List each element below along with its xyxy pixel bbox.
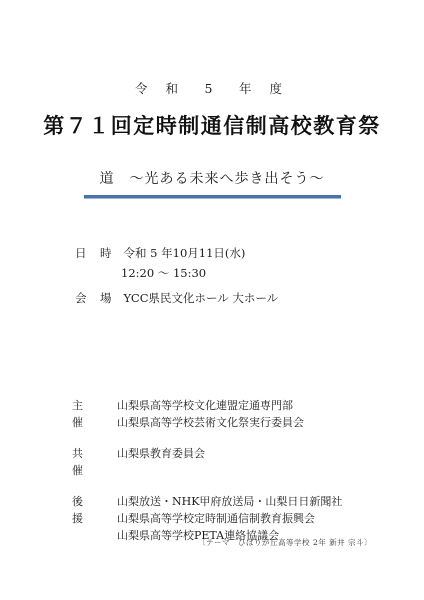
detail-value-date: 令和 5 年10月11日(水) bbox=[124, 246, 246, 260]
detail-label-datetime: 日 時 bbox=[75, 243, 113, 263]
detail-row-time: 12:20 ～ 15:30 bbox=[121, 263, 278, 283]
credit-line: 山梨放送・NHK甲府放送局・山梨日日新聞社 bbox=[117, 493, 342, 510]
credit-line: 山梨県高等学校芸術文化祭実行委員会 bbox=[117, 414, 304, 431]
credit-label-shusai: 主 催 bbox=[72, 397, 105, 431]
credit-group-shusai: 主 催 山梨県高等学校文化連盟定通専門部 山梨県高等学校芸術文化祭実行委員会 bbox=[72, 397, 342, 431]
credits: 主 催 山梨県高等学校文化連盟定通専門部 山梨県高等学校芸術文化祭実行委員会 共… bbox=[72, 397, 342, 558]
theme-line: 道 ～光ある未来へ歩き出そう～ bbox=[0, 168, 424, 198]
document-page: 令 和 5 年 度 第７１回定時制通信制高校教育祭 道 ～光ある未来へ歩き出そう… bbox=[0, 0, 424, 600]
detail-label-venue: 会 場 bbox=[75, 288, 113, 308]
event-details: 日 時令和 5 年10月11日(水) 12:20 ～ 15:30 会 場YCC県… bbox=[75, 243, 278, 308]
credit-label-koen: 後 援 bbox=[72, 493, 105, 527]
credit-label-kyosai: 共 催 bbox=[72, 445, 105, 479]
footer-note: 〔テーマ ひばりが丘高等学校 2年 新井 宗斗〕 bbox=[198, 537, 372, 548]
credit-line: 山梨県教育委員会 bbox=[117, 445, 205, 462]
page-title: 第７１回定時制通信制高校教育祭 bbox=[0, 110, 424, 140]
detail-row-venue: 会 場YCC県民文化ホール 大ホール bbox=[75, 288, 278, 308]
era-line: 令 和 5 年 度 bbox=[0, 79, 424, 97]
credit-group-kyosai: 共 催 山梨県教育委員会 bbox=[72, 445, 342, 479]
detail-row-datetime: 日 時令和 5 年10月11日(水) bbox=[75, 243, 278, 263]
credit-line: 山梨県高等学校定時制通信制教育振興会 bbox=[117, 510, 342, 527]
detail-value-time: 12:20 ～ 15:30 bbox=[121, 266, 206, 280]
detail-value-venue: YCC県民文化ホール 大ホール bbox=[124, 291, 279, 305]
theme-text: 道 ～光ある未来へ歩き出そう～ bbox=[84, 168, 341, 198]
credit-line: 山梨県高等学校文化連盟定通専門部 bbox=[117, 397, 304, 414]
credit-lines-shusai: 山梨県高等学校文化連盟定通専門部 山梨県高等学校芸術文化祭実行委員会 bbox=[117, 397, 304, 431]
credit-lines-kyosai: 山梨県教育委員会 bbox=[117, 445, 205, 462]
